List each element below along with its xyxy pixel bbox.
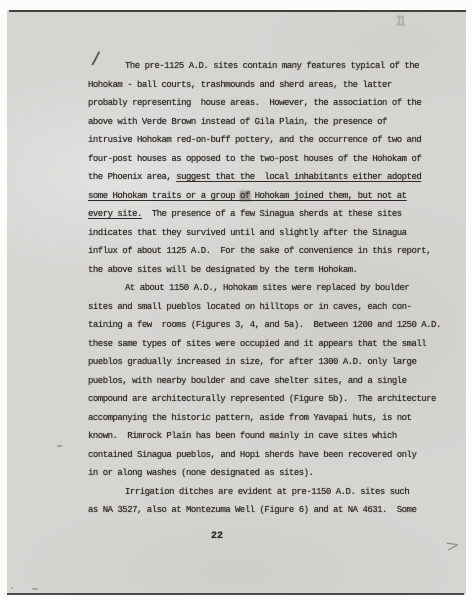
text-segment: in or along washes (none designated as s… [88,468,313,478]
text-line: pueblos, with nearby boulder and cave sh… [88,372,453,391]
text-segment: of [240,191,250,201]
text-segment: pueblos gradually increased in size, for… [88,357,416,367]
pencil-arrow-mark: > [445,537,461,557]
text-segment: some Hohokam traits or a group [88,191,240,201]
text-line: these same types of sites were occupied … [88,335,453,354]
text-line: pueblos gradually increased in size, for… [88,353,453,372]
text-segment: above with Verde Brown instead of Gila P… [88,117,387,127]
text-segment: taining a few rooms (Figures 3, 4, and 5… [88,320,441,330]
text-segment: The presence of a few Sinagua sherds at … [142,209,402,219]
text-segment: sites and small pueblos located on hillt… [88,302,411,312]
page-number: 22 [211,531,223,542]
text-line: the above sites will be designated by th… [88,261,453,280]
text-line: accompanying the historic pattern, aside… [88,409,453,428]
text-segment: every site. [88,209,142,219]
text-line: intrusive Hohokam red-on-buff pottery, a… [88,131,453,150]
text-line: Irrigation ditches are evident at pre-11… [88,483,453,502]
text-line: every site. The presence of a few Sinagu… [88,205,453,224]
text-line: contained Sinagua pueblos, and Hopi sher… [88,446,453,465]
text-segment: indicates that they survived until and s… [88,228,407,238]
scanned-page: 11 / The pre-1125 A.D. sites contain man… [7,10,466,595]
text-segment: the Phoenix area, [88,172,176,182]
text-line: compound are architecturally represented… [88,390,453,409]
text-line: sites and small pueblos located on hillt… [88,298,453,317]
text-segment: Hohokam - ball courts, trashmounds and s… [88,80,392,90]
text-segment: probably representing house areas. Howev… [88,98,421,108]
text-segment: compound are architecturally represented… [88,394,436,404]
text-segment: as NA 3527, also at Montezuma Well (Figu… [88,505,416,515]
text-line: probably representing house areas. Howev… [88,94,453,113]
text-segment: Hohokam joined them, but not at [250,191,407,201]
text-line: the Phoenix area, suggest that the local… [88,168,453,187]
text-segment: these same types of sites were occupied … [88,339,426,349]
text-line: known. Rimrock Plain has been found main… [88,427,453,446]
dust-speck [32,588,38,591]
text-line: Hohokam - ball courts, trashmounds and s… [88,76,453,95]
text-segment: pueblos, with nearby boulder and cave sh… [88,376,407,386]
text-line: The pre-1125 A.D. sites contain many fea… [88,57,453,76]
text-line: indicates that they survived until and s… [88,224,453,243]
text-segment: four-post houses as opposed to the two-p… [88,154,421,164]
text-segment: The pre-1125 A.D. sites contain many fea… [125,61,419,71]
text-segment: contained Sinagua pueblos, and Hopi sher… [88,450,416,460]
text-line: as NA 3527, also at Montezuma Well (Figu… [88,501,453,520]
bottom-border-line [7,593,464,595]
text-line: some Hohokam traits or a group of Hohoka… [88,187,453,206]
text-segment: suggest that the local inhabitants eithe… [176,172,421,182]
dust-speck [57,445,62,447]
text-segment: At about 1150 A.D., Hohokam sites were r… [125,283,409,293]
text-line: taining a few rooms (Figures 3, 4, and 5… [88,316,453,335]
text-segment: accompanying the historic pattern, aside… [88,413,411,423]
text-segment: intrusive Hohokam red-on-buff pottery, a… [88,135,421,145]
text-line: above with Verde Brown instead of Gila P… [88,113,453,132]
text-line: influx of about 1125 A.D. For the sake o… [88,242,453,261]
text-line: in or along washes (none designated as s… [88,464,453,483]
text-line: At about 1150 A.D., Hohokam sites were r… [88,279,453,298]
dust-speck [11,587,13,589]
text-segment: influx of about 1125 A.D. For the sake o… [88,246,431,256]
text-segment: known. Rimrock Plain has been found main… [88,431,397,441]
text-segment: Irrigation ditches are evident at pre-11… [125,487,409,497]
text-segment: the above sites will be designated by th… [88,265,358,275]
text-line: four-post houses as opposed to the two-p… [88,150,453,169]
pencil-corner-mark: 11 [395,12,404,28]
typewritten-text: The pre-1125 A.D. sites contain many fea… [88,57,453,520]
